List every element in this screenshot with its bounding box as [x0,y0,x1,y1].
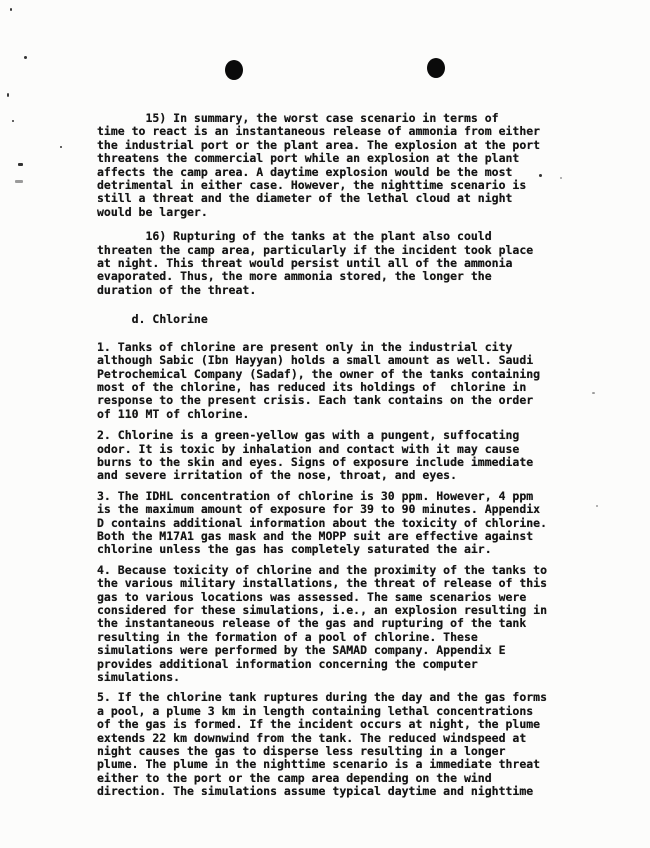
scan-speckle [592,392,595,394]
scan-speckle [60,146,62,148]
paragraph-2: 2. Chlorine is a green-yellow gas with a… [97,429,572,483]
scan-speckle [596,505,598,507]
section-heading-d-chlorine: d. Chlorine [97,313,572,326]
scanned-document-page: 15) In summary, the worst case scenario … [0,0,650,848]
scan-speckle [15,180,23,183]
scan-speckle [24,56,27,59]
paragraph-15: 15) In summary, the worst case scenario … [97,112,572,219]
paragraph-16: 16) Rupturing of the tanks at the plant … [97,230,572,297]
document-body: 15) In summary, the worst case scenario … [97,112,572,799]
punch-hole-right [427,58,445,78]
scan-speckle [10,8,12,11]
paragraph-5: 5. If the chlorine tank ruptures during … [97,691,572,798]
paragraph-3: 3. The IDHL concentration of chlorine is… [97,490,572,557]
scan-speckle [18,163,23,166]
paragraph-4: 4. Because toxicity of chlorine and the … [97,564,572,685]
scan-speckle [12,120,14,122]
punch-hole-left [225,60,243,80]
scan-speckle [7,93,9,97]
paragraph-1: 1. Tanks of chlorine are present only in… [97,341,572,421]
